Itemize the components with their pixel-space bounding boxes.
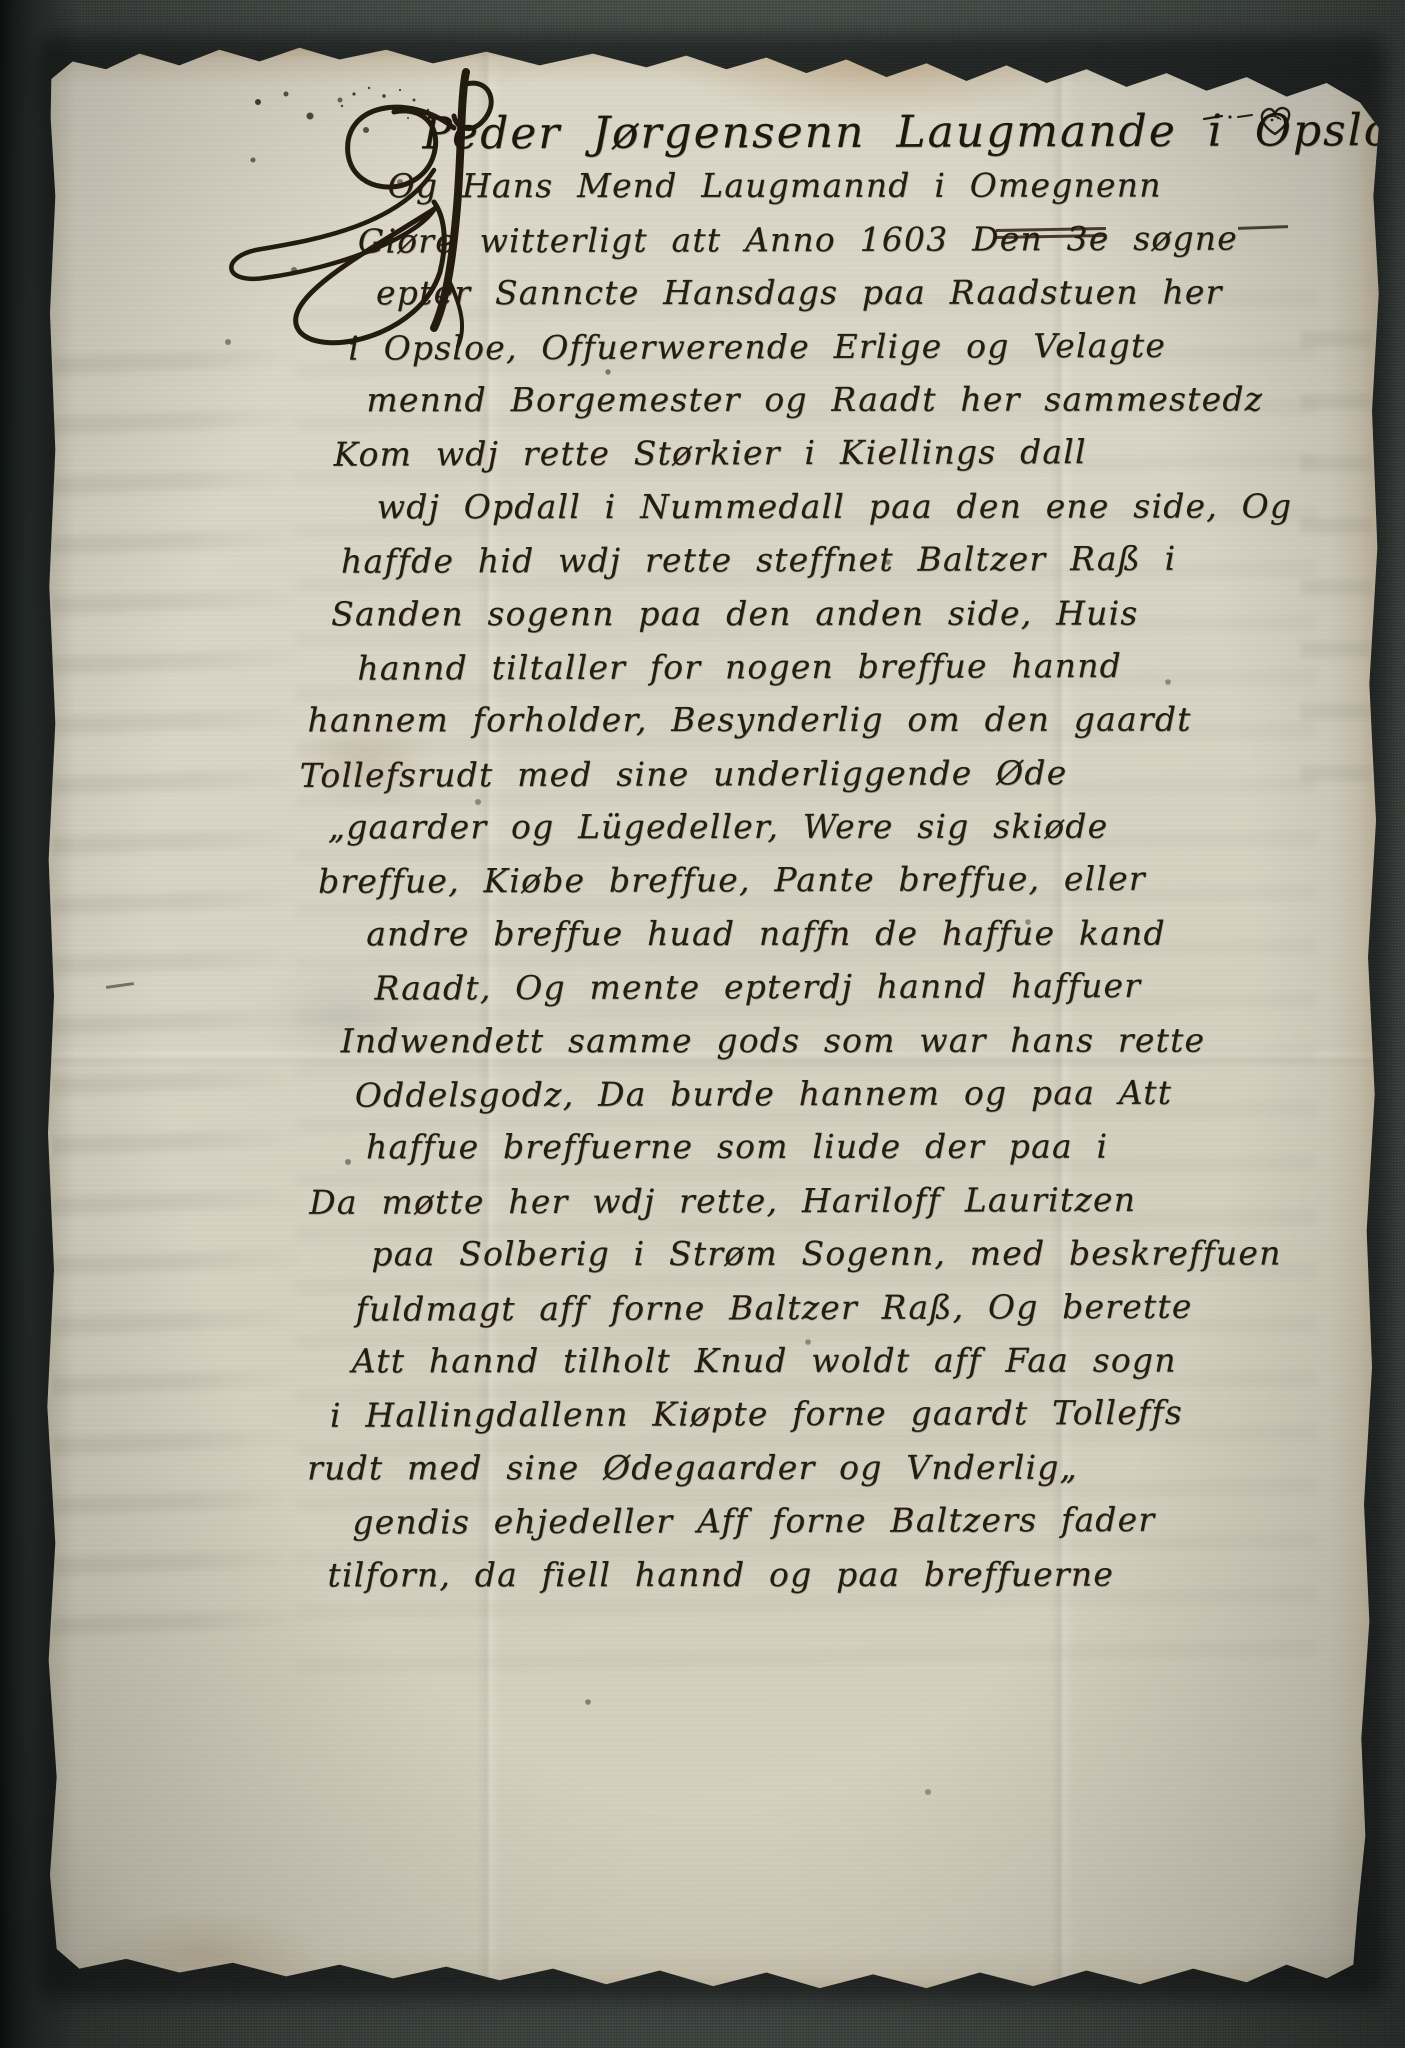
manuscript-line: Kom wdj rette Størkier i Kiellings dall <box>334 426 1380 483</box>
manuscript-line: Tollefsrudt med sine underliggende Øde <box>300 747 1380 804</box>
manuscript-line: Raadt, Og mente epterdj hannd haffuer <box>374 960 1380 1017</box>
manuscript-line: breffue, Kiøbe breffue, Pante breffue, e… <box>318 853 1380 910</box>
manuscript-line: Peder Jørgensenn Laugmande i Opsloe <box>422 106 1380 163</box>
manuscript-line: Da møtte her wdj rette, Hariloff Lauritz… <box>309 1174 1380 1231</box>
manuscript-line: wdj Opdall i Nummedall paa den ene side,… <box>377 481 1380 535</box>
manuscript-line: paa Solberig i Strøm Sogenn, med beskref… <box>371 1229 1380 1283</box>
manuscript-line: epter Sanncte Hansdags paa Raadstuen her <box>376 268 1380 322</box>
manuscript-line: rudt med sine Ødegaarder og Vnderlig„ <box>307 1442 1380 1496</box>
manuscript-line: Indwendett samme gods som war hans rette <box>341 1015 1380 1069</box>
manuscript-line: andre breffue huad naffn de haffue kand <box>366 908 1380 962</box>
manuscript-line: hannem forholder, Besynderlig om den gaa… <box>308 695 1380 749</box>
manuscript-line: haffue breffuerne som liude der paa i <box>366 1122 1380 1176</box>
margin-dash-mark <box>106 982 134 989</box>
manuscript-line: Giøre witterligt att Anno 1603 Den 3e sø… <box>358 213 1380 270</box>
manuscript-line: i Hallingdallenn Kiøpte forne gaardt Tol… <box>330 1387 1380 1444</box>
manuscript-line: fuldmagt aff forne Baltzer Raß, Og beret… <box>355 1281 1380 1338</box>
manuscript-line: i Opsloe, Offuerwerende Erlige og Velagt… <box>348 320 1380 377</box>
manuscript-line: Og Hans Mend Laugmannd i Omegnenn <box>388 161 1380 215</box>
archive-photo-background: Peder Jørgensenn Laugmande i OpsloeOg Ha… <box>0 0 1405 2048</box>
manuscript-line: haffde hid wdj rette steffnet Baltzer Ra… <box>341 533 1380 590</box>
manuscript-line: gendis ehjedeller Aff forne Baltzers fad… <box>352 1494 1380 1551</box>
manuscript-line: Oddelsgodz, Da burde hannem og paa Att <box>355 1067 1380 1124</box>
manuscript-page: Peder Jørgensenn Laugmande i OpsloeOg Ha… <box>46 40 1380 1992</box>
manuscript-line: tilforn, da fiell hannd og paa breffuern… <box>327 1549 1380 1603</box>
manuscript-line: hannd tiltaller for nogen breffue hannd <box>357 640 1380 697</box>
manuscript-text: Peder Jørgensenn Laugmande i OpsloeOg Ha… <box>247 106 1380 1605</box>
manuscript-line: mennd Borgemester og Raadt her sammested… <box>366 374 1380 428</box>
manuscript-line: Sanden sogenn paa den anden side, Huis <box>331 588 1380 642</box>
manuscript-line: Att hannd tilholt Knud woldt aff Faa sog… <box>352 1335 1380 1389</box>
manuscript-line: „gaarder og Lügedeller, Were sig skiøde <box>328 801 1380 855</box>
